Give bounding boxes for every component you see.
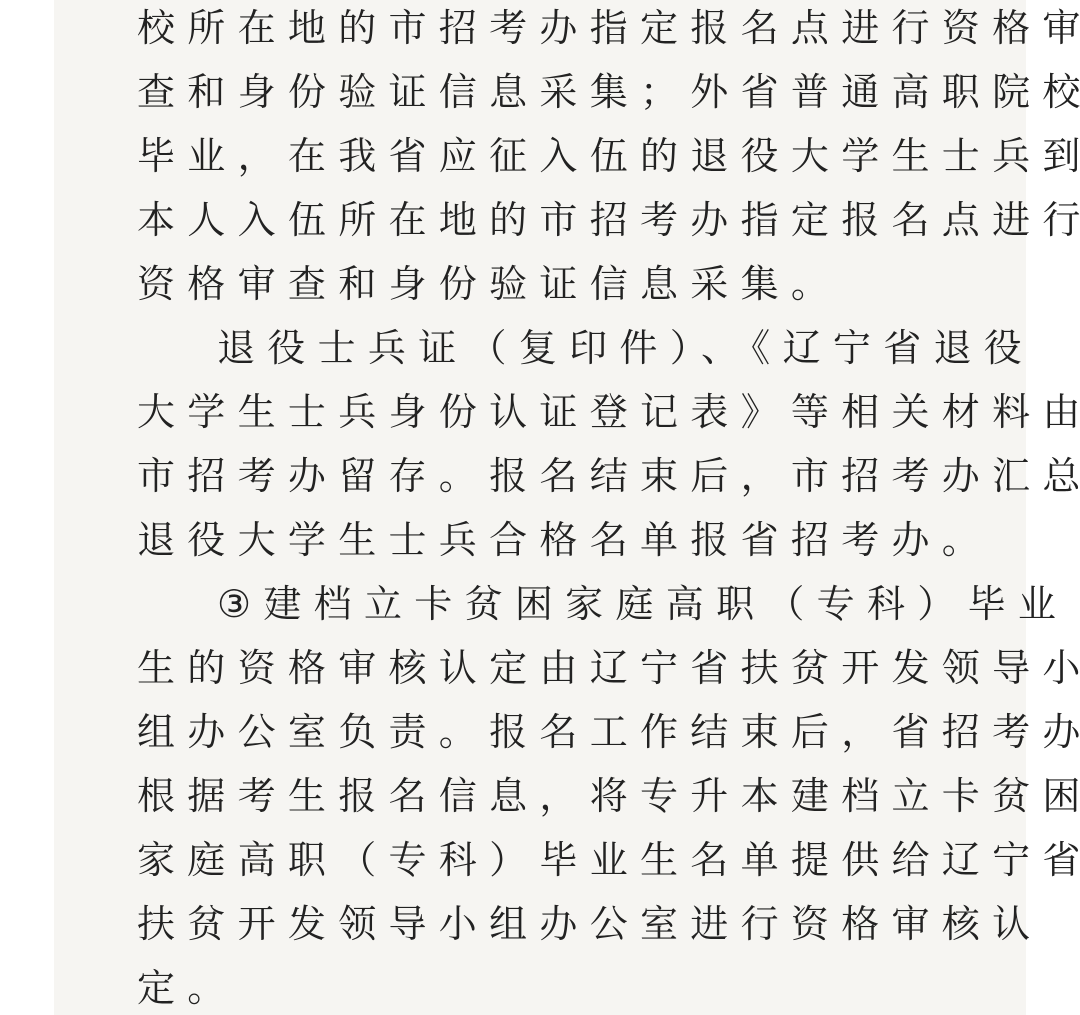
paragraph-2: 退役士兵证（复印件）、《辽宁省退役 大学生士兵身份认证登记表》等相关材料由 市招… [137, 316, 957, 572]
text-line: 资格审查和身份验证信息采集。 [137, 252, 957, 316]
text-line-indented: 退役士兵证（复印件）、《辽宁省退役 [137, 316, 957, 380]
text-line: 毕业，在我省应征入伍的退役大学生士兵到 [137, 124, 957, 188]
text-line: 生的资格审核认定由辽宁省扶贫开发领导小 [137, 636, 957, 700]
text-line: 查和身份验证信息采集；外省普通高职院校 [137, 60, 957, 124]
article-body: 校所在地的市招考办指定报名点进行资格审 查和身份验证信息采集；外省普通高职院校 … [137, 0, 957, 1015]
text-line: 校所在地的市招考办指定报名点进行资格审 [137, 0, 957, 60]
text-line: 家庭高职（专科）毕业生名单提供给辽宁省 [137, 828, 957, 892]
text-line: 大学生士兵身份认证登记表》等相关材料由 [137, 380, 957, 444]
paragraph-1: 校所在地的市招考办指定报名点进行资格审 查和身份验证信息采集；外省普通高职院校 … [137, 0, 957, 316]
text-line-indented: ③建档立卡贫困家庭高职（专科）毕业 [137, 572, 957, 636]
text-line: 扶贫开发领导小组办公室进行资格审核认 [137, 892, 957, 956]
text-line: 本人入伍所在地的市招考办指定报名点进行 [137, 188, 957, 252]
paragraph-3: ③建档立卡贫困家庭高职（专科）毕业 生的资格审核认定由辽宁省扶贫开发领导小 组办… [137, 572, 957, 1015]
text-line: 市招考办留存。报名结束后，市招考办汇总 [137, 444, 957, 508]
text-line: 定。 [137, 956, 957, 1015]
text-line: 根据考生报名信息，将专升本建档立卡贫困 [137, 764, 957, 828]
text-line: 组办公室负责。报名工作结束后，省招考办 [137, 700, 957, 764]
text-line: 退役大学生士兵合格名单报省招考办。 [137, 508, 957, 572]
